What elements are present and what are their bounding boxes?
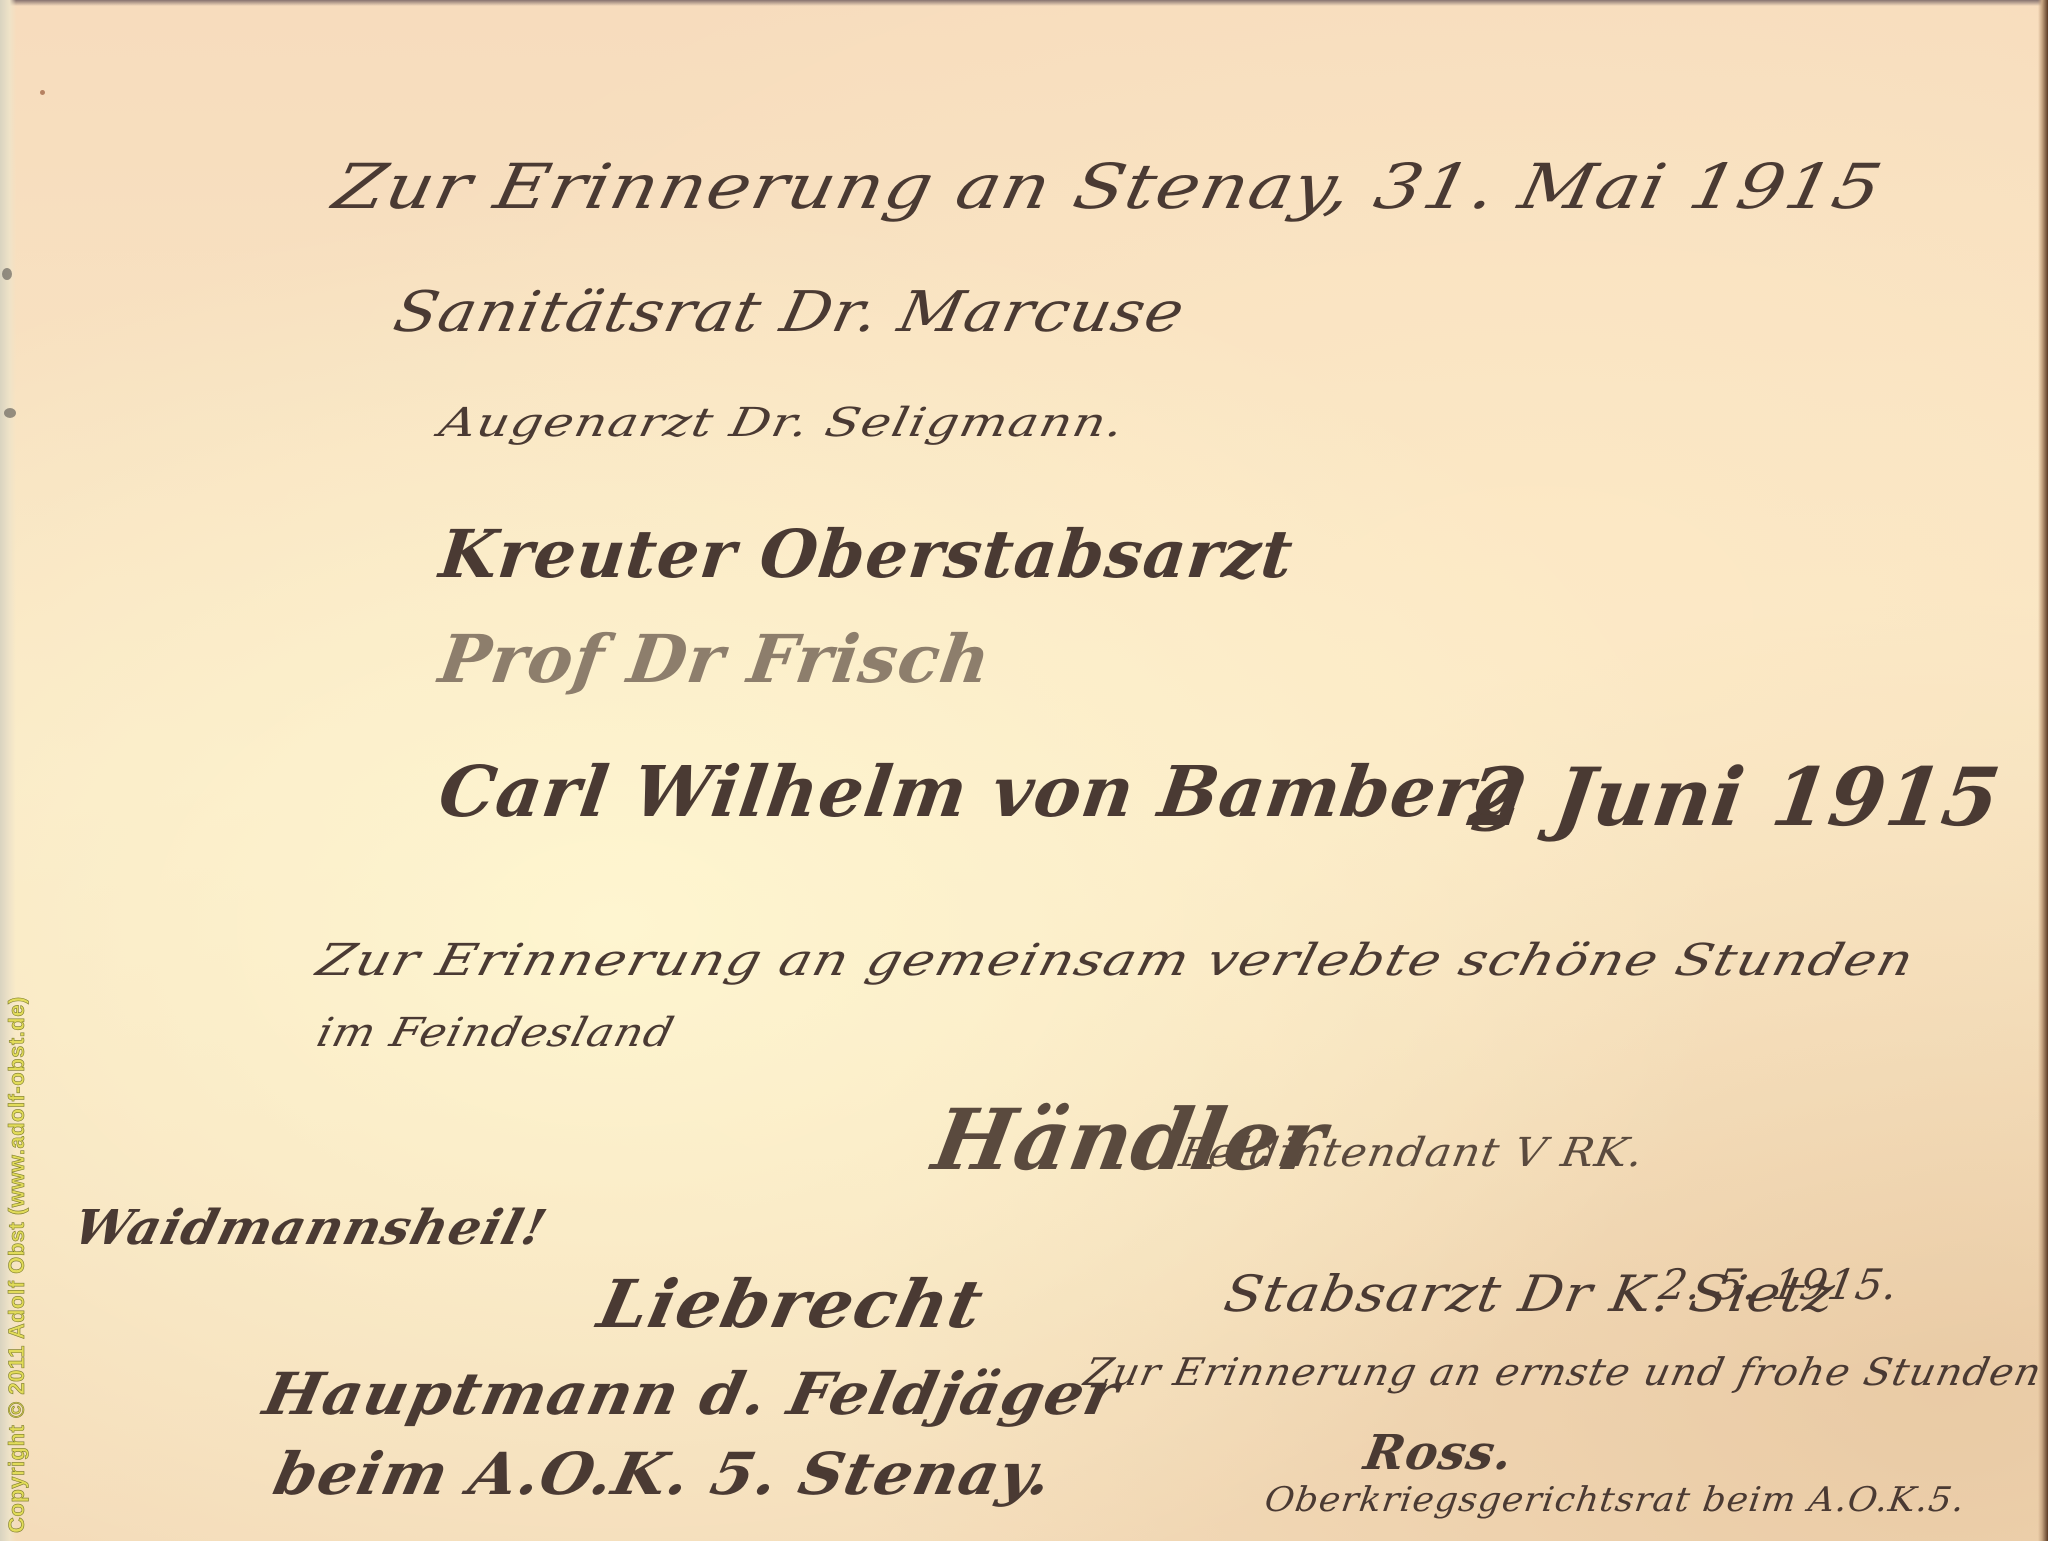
- entry-haendler-note-line1: Zur Erinnerung an gemeinsam verlebte sch…: [312, 935, 1920, 986]
- guestbook-page: Zur Erinnerung an Stenay, 31. Mai 1915 S…: [0, 0, 2048, 1541]
- entry-haendler-title: Feldintendant V RK.: [1176, 1130, 1647, 1176]
- stain-spot: [2, 268, 12, 280]
- entry-kreuter: Kreuter Oberstabsarzt: [436, 515, 1297, 593]
- entry-heading: Zur Erinnerung an Stenay, 31. Mai 1915: [327, 150, 1889, 223]
- stain-spot: [4, 408, 16, 418]
- entry-sietz-date: 2. 5. 1915.: [1656, 1260, 1903, 1309]
- page-right-edge: [2038, 0, 2048, 1541]
- entry-liebrecht-rank: Hauptmann d. Feldjäger: [258, 1360, 1125, 1428]
- entry-ross-title: Oberkriegsgerichtsrat beim A.O.K.5.: [1262, 1480, 1968, 1520]
- entry-haendler-note-line2: im Feindesland: [312, 1010, 679, 1056]
- entry-liebrecht-greeting: Waidmannsheil!: [68, 1200, 553, 1256]
- entry-ross-note: Zur Erinnerung an ernste und frohe Stund…: [1080, 1350, 2048, 1394]
- entry-bamberg-name: Carl Wilhelm von Bamberg: [434, 750, 1530, 833]
- entry-bamberg-date: 2 Juni 1915: [1463, 750, 2006, 844]
- entry-seligmann: Augenarzt Dr. Seligmann.: [435, 400, 1129, 446]
- entry-ross-signature: Ross.: [1360, 1425, 1518, 1481]
- entry-frisch: Prof Dr Frisch: [435, 620, 996, 698]
- stain-spot: [40, 90, 45, 95]
- page-top-edge: [0, 0, 2048, 6]
- entry-liebrecht-unit: beim A.O.K. 5. Stenay.: [268, 1440, 1059, 1508]
- copyright-watermark: Copyright © 2011 Adolf Obst (www.adolf-o…: [4, 996, 30, 1533]
- entry-marcuse: Sanitätsrat Dr. Marcuse: [388, 280, 1191, 345]
- entry-liebrecht-signature: Liebrecht: [592, 1265, 991, 1343]
